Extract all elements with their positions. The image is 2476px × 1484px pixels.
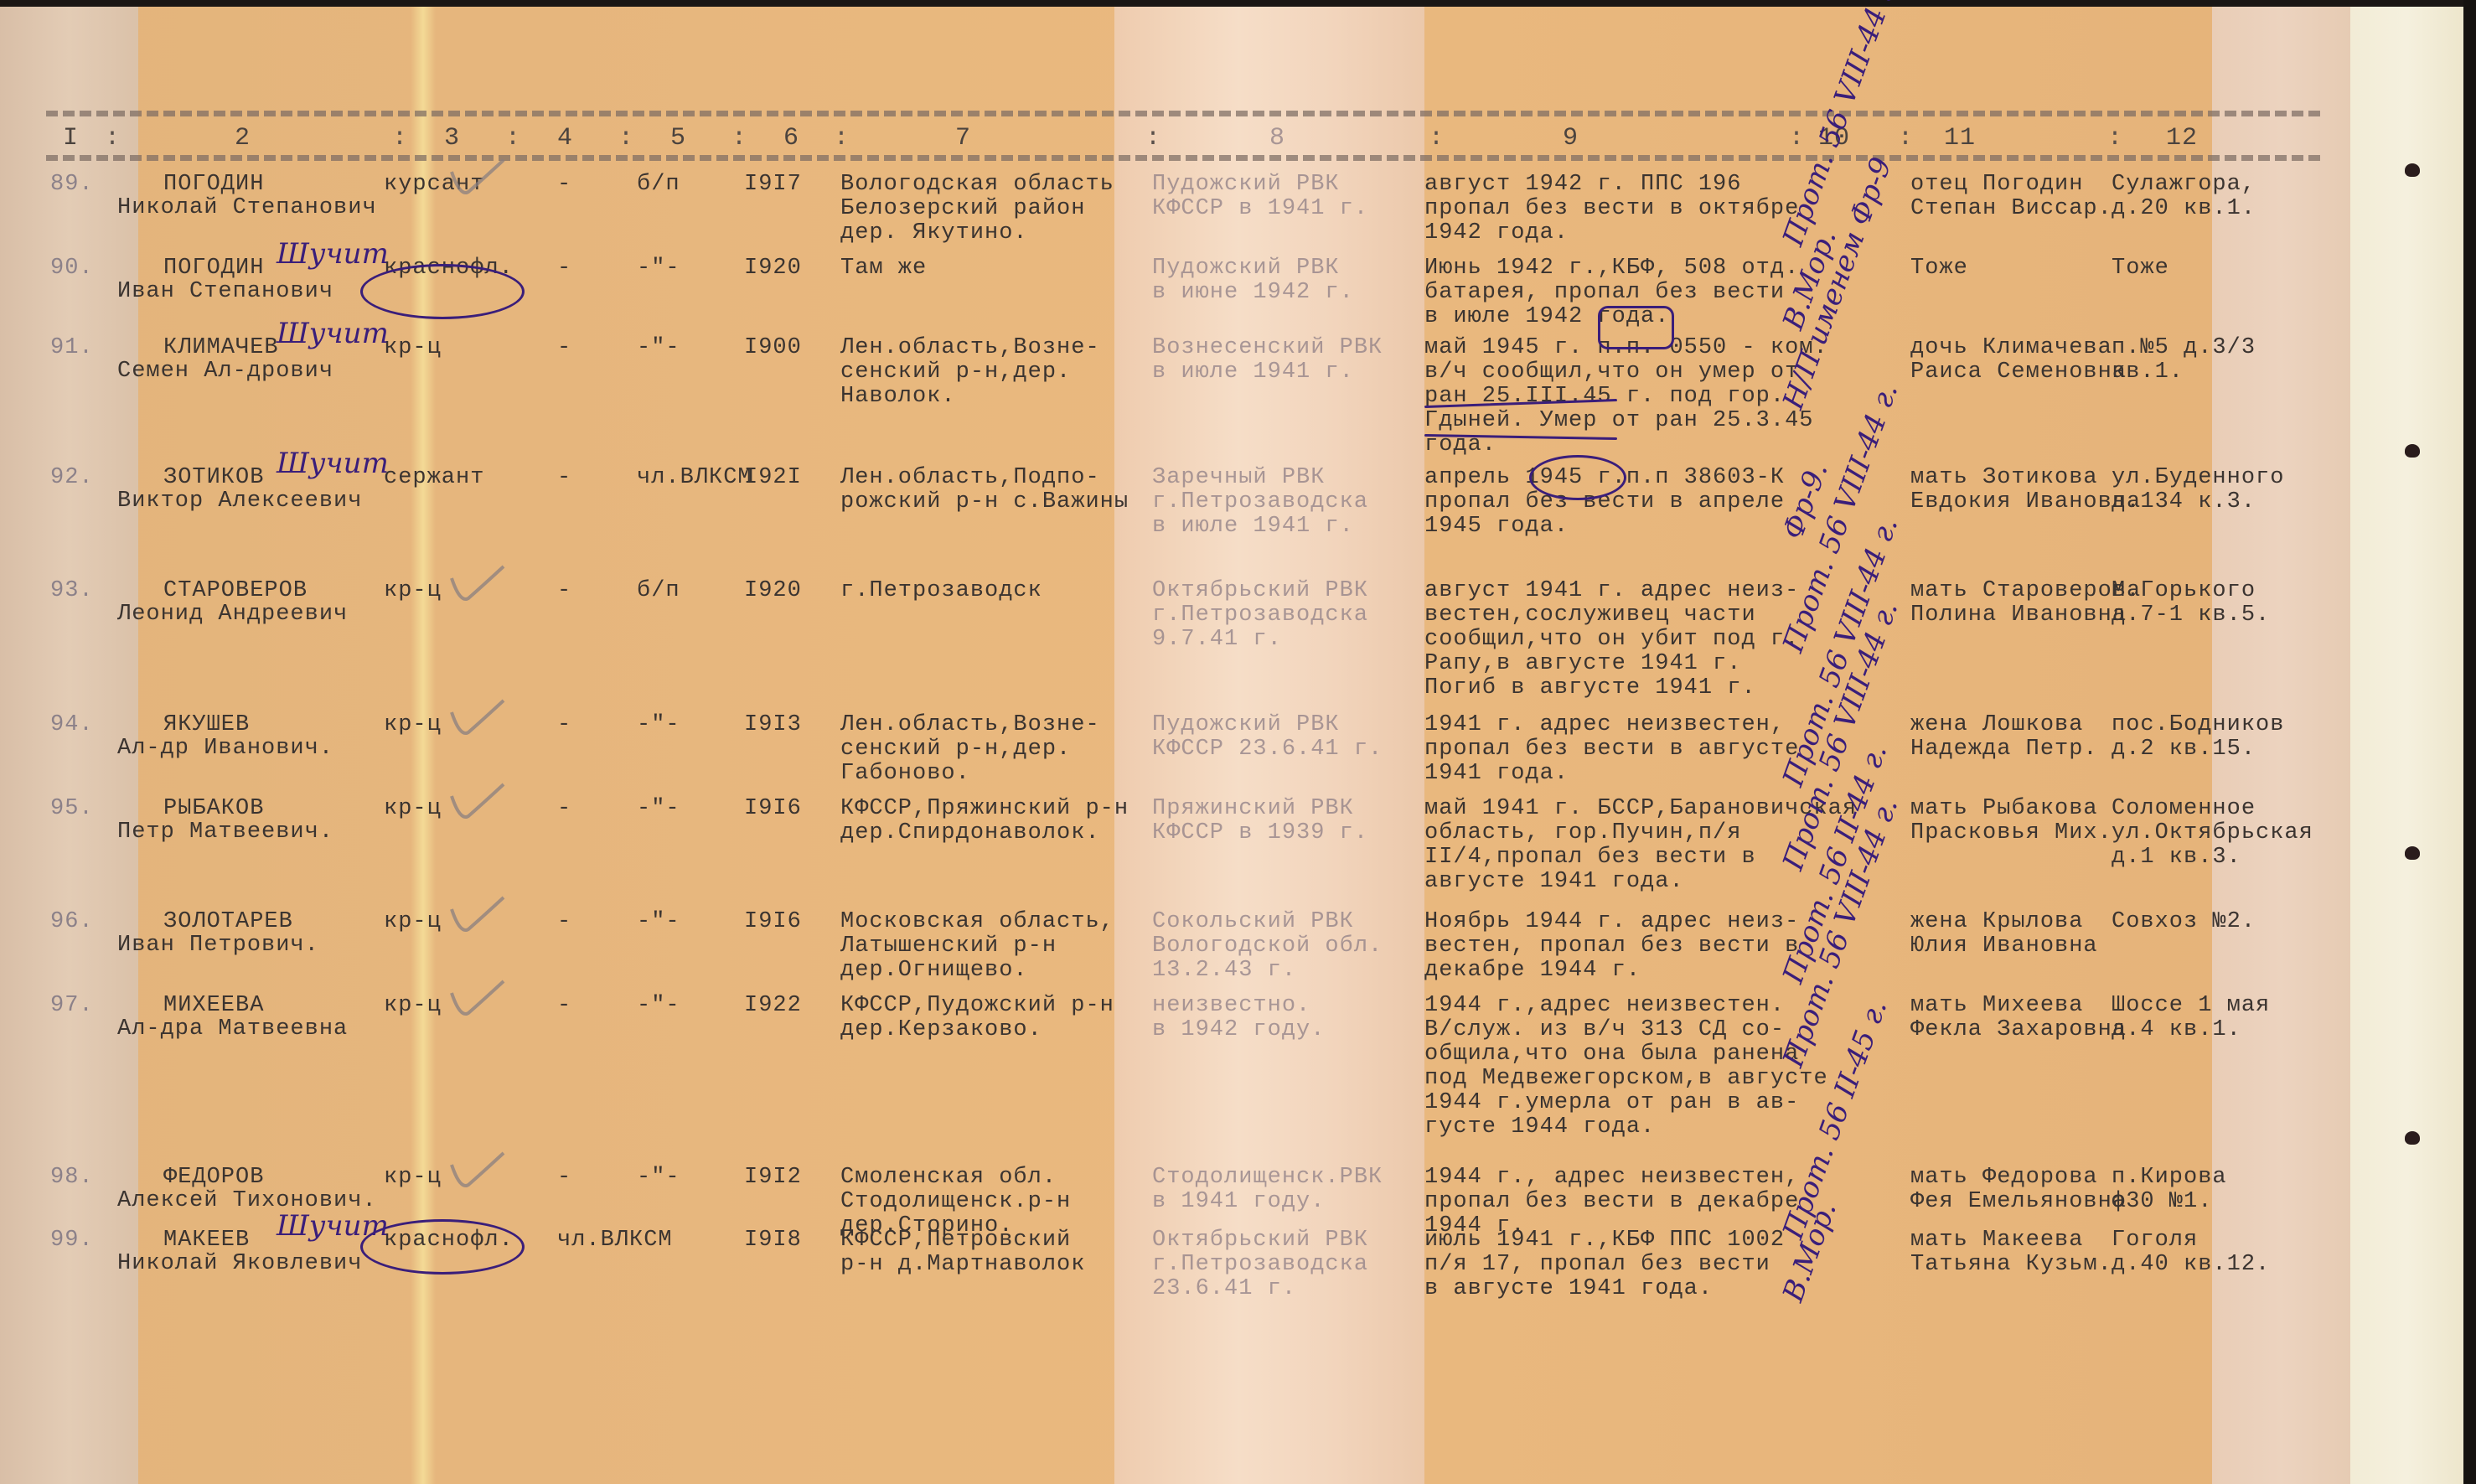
fate-line: 1941 г. адрес неизвестен, bbox=[1424, 712, 1785, 737]
row-number: 91. bbox=[50, 335, 94, 360]
punch-hole-icon bbox=[2405, 444, 2420, 458]
handwritten-annotation: Шучит bbox=[277, 447, 389, 480]
drafted-line: в июле 1941 г. bbox=[1152, 359, 1354, 385]
birthplace-line: Московская область, bbox=[840, 909, 1114, 934]
rank: кр-ц bbox=[384, 796, 442, 821]
drafted-line: в 1942 году. bbox=[1152, 1017, 1325, 1042]
surname: ПОГОДИН bbox=[163, 172, 264, 197]
given-name: Иван Степанович bbox=[117, 279, 333, 304]
checkmark-icon bbox=[448, 157, 507, 199]
handwritten-annotation: Шучит bbox=[277, 237, 389, 271]
birthplace-line: рожский р-н с.Важины bbox=[840, 489, 1129, 514]
fate-line: II/4,пропал без вести в bbox=[1424, 845, 1756, 870]
address-line: д.40 кв.12. bbox=[2112, 1252, 2270, 1277]
relative-line: Надежда Петр. bbox=[1910, 737, 2098, 762]
birthplace-line: Лен.область,Возне- bbox=[840, 712, 1100, 737]
address-line: ф30 №1. bbox=[2112, 1189, 2212, 1214]
relative-line: мать Макеева bbox=[1910, 1228, 2083, 1253]
column-header: 4 bbox=[557, 126, 573, 151]
scan-edge bbox=[2463, 0, 2476, 1484]
relative-line: Татьяна Кузьм. bbox=[1910, 1252, 2112, 1277]
party-status: -"- bbox=[637, 712, 680, 737]
birth-year: I922 bbox=[744, 993, 802, 1018]
fate-line: пропал без вести в августе bbox=[1424, 737, 1799, 762]
birthplace-line: р-н д.Мартнаволок bbox=[840, 1252, 1085, 1277]
drafted-line: г.Петрозаводска bbox=[1152, 489, 1368, 514]
given-name: Иван Петрович. bbox=[117, 933, 319, 958]
row-number: 95. bbox=[50, 796, 94, 821]
birthplace-line: дер.Спирдонаволок. bbox=[840, 820, 1100, 845]
birthplace-line: сенский р-н,дер. bbox=[840, 359, 1071, 385]
row-number: 89. bbox=[50, 172, 94, 197]
ink-circle-rank bbox=[360, 1219, 525, 1275]
column-4-value: - bbox=[557, 993, 571, 1018]
column-header: 9 bbox=[1563, 126, 1579, 151]
fate-line: пропал без вести в декабре bbox=[1424, 1189, 1799, 1214]
fate-line: 1945 года. bbox=[1424, 514, 1569, 539]
column-header: 11 bbox=[1944, 126, 1976, 151]
drafted-line: КФССР 23.6.41 г. bbox=[1152, 737, 1383, 762]
given-name: Виктор Алексеевич bbox=[117, 489, 362, 514]
column-header: 8 bbox=[1269, 126, 1285, 151]
column-separator: : bbox=[392, 126, 408, 151]
column-header: 3 bbox=[444, 126, 460, 151]
address-line: д.7-1 кв.5. bbox=[2112, 602, 2270, 628]
address-line: д.20 кв.1. bbox=[2112, 196, 2256, 221]
handwritten-annotation: Шучит bbox=[277, 317, 389, 350]
drafted-line: Стодолищенск.РВК bbox=[1152, 1165, 1383, 1190]
given-name: Николай Степанович bbox=[117, 195, 377, 220]
punch-hole-icon bbox=[2405, 163, 2420, 177]
address-line: Сулажгора, bbox=[2112, 172, 2256, 197]
address-line: д.1 кв.3. bbox=[2112, 845, 2241, 870]
party-status: -"- bbox=[637, 993, 680, 1018]
column-4-value: чл.ВЛКСМ bbox=[557, 1228, 673, 1253]
address-line: кв.1. bbox=[2112, 359, 2184, 385]
column-4-value: - bbox=[557, 796, 571, 821]
column-separator: : bbox=[1898, 126, 1914, 151]
fate-line: в августе 1941 года. bbox=[1424, 1276, 1713, 1301]
given-name: Ал-др Иванович. bbox=[117, 736, 333, 761]
birthplace-line: КФССР,Петровский bbox=[840, 1228, 1071, 1253]
birthplace-line: Смоленская обл. bbox=[840, 1165, 1057, 1190]
row-number: 98. bbox=[50, 1165, 94, 1190]
relative-line: Евдокия Ивановна bbox=[1910, 489, 2141, 514]
surname: ФЕДОРОВ bbox=[163, 1165, 264, 1190]
column-4-value: - bbox=[557, 909, 571, 934]
checkmark-icon bbox=[448, 978, 507, 1020]
drafted-line: Пряжинский РВК bbox=[1152, 796, 1354, 821]
relative-line: мать Зотикова bbox=[1910, 465, 2098, 490]
given-name: Петр Матвеевич. bbox=[117, 820, 333, 845]
fate-line: густе 1944 года. bbox=[1424, 1114, 1655, 1140]
relative-line: Фея Емельяновна bbox=[1910, 1189, 2127, 1214]
drafted-line: г.Петрозаводска bbox=[1152, 602, 1368, 628]
drafted-line: Сокольский РВК bbox=[1152, 909, 1354, 934]
column-separator: : bbox=[731, 126, 747, 151]
fate-line: область, гор.Пучин,п/я bbox=[1424, 820, 1741, 845]
birthplace-line: Латышенский р-н bbox=[840, 933, 1057, 959]
address-line: ул.Октябрьская bbox=[2112, 820, 2313, 845]
birth-year: I9I7 bbox=[744, 172, 802, 197]
surname: КЛИМАЧЕВ bbox=[163, 335, 279, 360]
fate-line: 1944 г.умерла от ран в ав- bbox=[1424, 1090, 1799, 1115]
column-4-value: - bbox=[557, 578, 571, 603]
relative-line: мать Староверова bbox=[1910, 578, 2141, 603]
fate-line: вестен, пропал без вести в bbox=[1424, 933, 1799, 959]
given-name: Николай Яковлевич bbox=[117, 1251, 362, 1276]
address-line: М.Горького bbox=[2112, 578, 2256, 603]
given-name: Семен Ал-дрович bbox=[117, 359, 333, 384]
address-line: д.4 кв.1. bbox=[2112, 1017, 2241, 1042]
column-separator: : bbox=[1429, 126, 1445, 151]
fate-line: пропал без вести в октябре bbox=[1424, 196, 1799, 221]
drafted-line: Октябрьский РВК bbox=[1152, 1228, 1368, 1253]
birthplace-line: сенский р-н,дер. bbox=[840, 737, 1071, 762]
birthplace-line: г.Петрозаводск bbox=[840, 578, 1042, 603]
birthplace-line: Лен.область,Возне- bbox=[840, 335, 1100, 360]
drafted-line: неизвестно. bbox=[1152, 993, 1310, 1018]
fate-line: 1941 года. bbox=[1424, 761, 1569, 786]
birth-year: I920 bbox=[744, 256, 802, 281]
birth-year: I92I bbox=[744, 465, 802, 490]
fate-line: декабре 1944 г. bbox=[1424, 958, 1641, 983]
checkmark-icon bbox=[448, 697, 507, 739]
checkmark-icon bbox=[448, 1150, 507, 1192]
column-separator: : bbox=[1145, 126, 1161, 151]
fate-line: сообщил,что он убит под г. bbox=[1424, 627, 1799, 652]
party-status: б/п bbox=[637, 172, 680, 197]
relative-line: Степан Виссар. bbox=[1910, 196, 2112, 221]
drafted-line: Пудожский РВК bbox=[1152, 712, 1340, 737]
birthplace-line: Наволок. bbox=[840, 384, 956, 409]
surname: МАКЕЕВ bbox=[163, 1228, 250, 1253]
birth-year: I9I6 bbox=[744, 909, 802, 934]
birthplace-line: Белозерский район bbox=[840, 196, 1085, 221]
relative-line: Прасковья Мих. bbox=[1910, 820, 2112, 845]
party-status: -"- bbox=[637, 335, 680, 360]
column-4-value: - bbox=[557, 1165, 571, 1190]
relative-line: Фекла Захаровна bbox=[1910, 1017, 2127, 1042]
birthplace-line: дер.Огнищево. bbox=[840, 958, 1028, 983]
fate-line: августе 1941 года. bbox=[1424, 869, 1684, 894]
column-separator: : bbox=[105, 126, 121, 151]
fate-line: Погиб в августе 1941 г. bbox=[1424, 675, 1756, 701]
relative-line: дочь Климачева bbox=[1910, 335, 2112, 360]
birthplace-line: Лен.область,Подпо- bbox=[840, 465, 1100, 490]
birthplace-line: Стодолищенск.р-н bbox=[840, 1189, 1071, 1214]
checkmark-icon bbox=[448, 894, 507, 936]
row-number: 97. bbox=[50, 993, 94, 1018]
birthplace-line: КФССР,Пудожский р-н bbox=[840, 993, 1114, 1018]
column-separator: : bbox=[1789, 126, 1805, 151]
address-line: Тоже bbox=[2112, 256, 2169, 281]
surname: ПОГОДИН bbox=[163, 256, 264, 281]
drafted-line: 23.6.41 г. bbox=[1152, 1276, 1296, 1301]
party-status: -"- bbox=[637, 256, 680, 281]
birth-year: I9I6 bbox=[744, 796, 802, 821]
birthplace-line: КФССР,Пряжинский р-н bbox=[840, 796, 1129, 821]
birthplace-line: дер. Якутино. bbox=[840, 220, 1028, 246]
address-line: п.№5 д.3/3 bbox=[2112, 335, 2256, 360]
punch-hole-icon bbox=[2405, 1131, 2420, 1145]
address-line: Шоссе 1 мая bbox=[2112, 993, 2270, 1018]
binding-margin bbox=[2350, 7, 2463, 1484]
relative-line: Раиса Семеновна bbox=[1910, 359, 2127, 385]
relative-line: Юлия Ивановна bbox=[1910, 933, 2098, 959]
checkmark-icon bbox=[448, 563, 507, 605]
ink-circle-unit bbox=[1529, 455, 1626, 500]
column-4-value: - bbox=[557, 712, 571, 737]
fate-line: август 1941 г. адрес неиз- bbox=[1424, 578, 1799, 603]
party-status: -"- bbox=[637, 1165, 680, 1190]
party-status: -"- bbox=[637, 909, 680, 934]
drafted-line: 9.7.41 г. bbox=[1152, 627, 1282, 652]
birthplace-line: Габоново. bbox=[840, 761, 970, 786]
drafted-line: Пудожский РВК bbox=[1152, 256, 1340, 281]
relative-line: мать Рыбакова bbox=[1910, 796, 2098, 821]
column-header: I bbox=[63, 126, 79, 151]
rank: кр-ц bbox=[384, 335, 442, 360]
punch-hole-icon bbox=[2405, 846, 2420, 860]
column-header: 5 bbox=[670, 126, 686, 151]
address-line: д.2 кв.15. bbox=[2112, 737, 2256, 762]
row-number: 94. bbox=[50, 712, 94, 737]
column-header: 6 bbox=[783, 126, 799, 151]
drafted-line: Заречный РВК bbox=[1152, 465, 1325, 490]
fate-line: батарея, пропал без вести bbox=[1424, 280, 1785, 305]
rank: сержант bbox=[384, 465, 484, 490]
address-line: ул.Буденного bbox=[2112, 465, 2284, 490]
fate-line: общила,что она была ранена bbox=[1424, 1042, 1799, 1067]
drafted-line: в июле 1941 г. bbox=[1152, 514, 1354, 539]
row-number: 99. bbox=[50, 1228, 94, 1253]
ink-box-unit bbox=[1598, 306, 1674, 349]
column-4-value: - bbox=[557, 335, 571, 360]
fate-line: вестен,сослуживец части bbox=[1424, 602, 1756, 628]
fate-line: 1944 г., адрес неизвестен, bbox=[1424, 1165, 1799, 1190]
drafted-line: в 1941 году. bbox=[1152, 1189, 1325, 1214]
address-line: Соломенное bbox=[2112, 796, 2256, 821]
fate-line: В/служ. из в/ч 313 СД со- bbox=[1424, 1017, 1785, 1042]
relative-line: жена Крылова bbox=[1910, 909, 2083, 934]
surname: ЯКУШЕВ bbox=[163, 712, 250, 737]
birthplace-line: Вологодская область bbox=[840, 172, 1114, 197]
birth-year: I900 bbox=[744, 335, 802, 360]
rank: кр-ц bbox=[384, 1165, 442, 1190]
fate-line: 1944 г.,адрес неизвестен. bbox=[1424, 993, 1785, 1018]
surname: СТАРОВЕРОВ bbox=[163, 578, 308, 603]
row-number: 92. bbox=[50, 465, 94, 490]
party-status: чл.ВЛКСМ bbox=[637, 465, 752, 490]
drafted-line: Пудожский РВК bbox=[1152, 172, 1340, 197]
fate-line: Рапу,в августе 1941 г. bbox=[1424, 651, 1741, 676]
column-4-value: - bbox=[557, 256, 571, 281]
column-separator: : bbox=[2107, 126, 2123, 151]
rank: кр-ц bbox=[384, 712, 442, 737]
drafted-line: КФССР в 1939 г. bbox=[1152, 820, 1368, 845]
surname: ЗОТИКОВ bbox=[163, 465, 264, 490]
party-status: б/п bbox=[637, 578, 680, 603]
relative-line: мать Михеева bbox=[1910, 993, 2083, 1018]
relative-line: отец Погодин bbox=[1910, 172, 2083, 197]
address-line: п.Кирова bbox=[2112, 1165, 2227, 1190]
header-rule-top bbox=[46, 111, 2325, 116]
fate-line: Июнь 1942 г.,КБФ, 508 отд. bbox=[1424, 256, 1799, 281]
header-rule-bottom bbox=[46, 155, 2325, 160]
column-header: 12 bbox=[2166, 126, 2198, 151]
drafted-line: Вологодской обл. bbox=[1152, 933, 1383, 959]
relative-line: Полина Ивановна bbox=[1910, 602, 2127, 628]
birth-year: I9I8 bbox=[744, 1228, 802, 1253]
column-header: 2 bbox=[235, 126, 251, 151]
rank: кр-ц bbox=[384, 909, 442, 934]
fate-line: август 1942 г. ППС 196 bbox=[1424, 172, 1741, 197]
birth-year: I9I2 bbox=[744, 1165, 802, 1190]
fate-line: июль 1941 г.,КБФ ППС 1002 bbox=[1424, 1228, 1785, 1253]
given-name: Леонид Андреевич bbox=[117, 602, 348, 627]
drafted-line: Октябрьский РВК bbox=[1152, 578, 1368, 603]
address-line: Совхоз №2. bbox=[2112, 909, 2256, 934]
drafted-line: в июне 1942 г. bbox=[1152, 280, 1354, 305]
birthplace-line: дер.Керзаково. bbox=[840, 1017, 1042, 1042]
fate-line: Ноябрь 1944 г. адрес неиз- bbox=[1424, 909, 1799, 934]
fate-line: Гдыней. Умер от ран 25.3.45 bbox=[1424, 408, 1813, 433]
given-name: Ал-дра Матвеевна bbox=[117, 1016, 348, 1042]
relative-line: жена Лошкова bbox=[1910, 712, 2083, 737]
column-separator: : bbox=[834, 126, 850, 151]
column-4-value: - bbox=[557, 465, 571, 490]
address-line: пос.Бодников bbox=[2112, 712, 2284, 737]
drafted-line: Вознесенский РВК bbox=[1152, 335, 1383, 360]
drafted-line: КФССР в 1941 г. bbox=[1152, 196, 1368, 221]
column-4-value: - bbox=[557, 172, 571, 197]
relative-line: Тоже bbox=[1910, 256, 1968, 281]
birth-year: I920 bbox=[744, 578, 802, 603]
ink-circle-rank bbox=[360, 264, 525, 319]
surname: МИХЕЕВА bbox=[163, 993, 264, 1018]
fate-line: в/ч сообщил,что он умер от bbox=[1424, 359, 1799, 385]
fate-line: под Медвежегорском,в августе bbox=[1424, 1066, 1828, 1091]
rank: кр-ц bbox=[384, 578, 442, 603]
relative-line: мать Федорова bbox=[1910, 1165, 2098, 1190]
rank: кр-ц bbox=[384, 993, 442, 1018]
column-separator: : bbox=[505, 126, 521, 151]
column-header: 7 bbox=[955, 126, 971, 151]
row-number: 90. bbox=[50, 256, 94, 281]
party-status: -"- bbox=[637, 796, 680, 821]
surname: ЗОЛОТАРЕВ bbox=[163, 909, 293, 934]
birth-year: I9I3 bbox=[744, 712, 802, 737]
fate-line: п/я 17, пропал без вести bbox=[1424, 1252, 1770, 1277]
birthplace-line: Там же bbox=[840, 256, 927, 281]
drafted-line: 13.2.43 г. bbox=[1152, 958, 1296, 983]
row-number: 96. bbox=[50, 909, 94, 934]
checkmark-icon bbox=[448, 781, 507, 823]
column-separator: : bbox=[618, 126, 634, 151]
fate-line: 1942 года. bbox=[1424, 220, 1569, 246]
address-line: Гоголя bbox=[2112, 1228, 2198, 1253]
surname: РЫБАКОВ bbox=[163, 796, 264, 821]
drafted-line: г.Петрозаводска bbox=[1152, 1252, 1368, 1277]
row-number: 93. bbox=[50, 578, 94, 603]
address-line: д.134 к.3. bbox=[2112, 489, 2256, 514]
